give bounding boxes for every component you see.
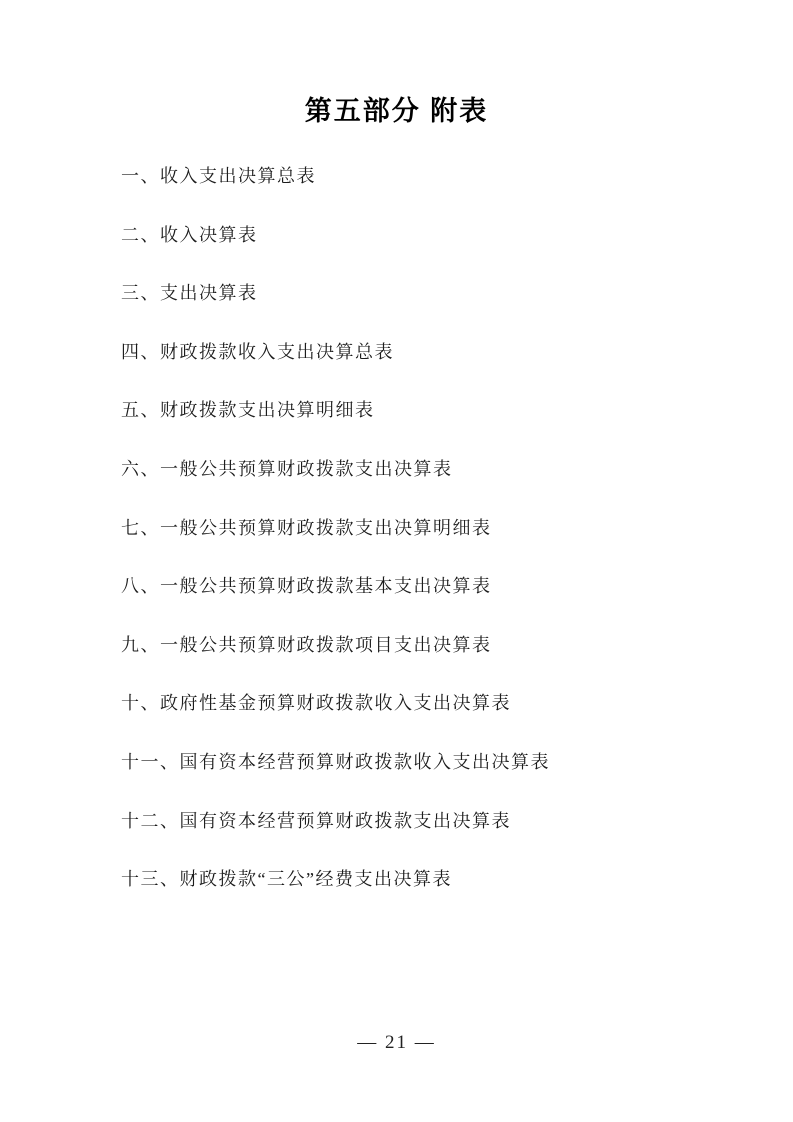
list-item-8: 八、一般公共预算财政拨款基本支出决算表 [121, 557, 753, 616]
page-number: — 21 — [0, 1032, 793, 1054]
list-item-10: 十、政府性基金预算财政拨款收入支出决算表 [121, 674, 753, 733]
list-item-5: 五、财政拨款支出决算明细表 [121, 381, 753, 440]
list-item-9: 九、一般公共预算财政拨款项目支出决算表 [121, 616, 753, 675]
list-item-6: 六、一般公共预算财政拨款支出决算表 [121, 440, 753, 499]
appendix-table-list: 一、收入支出决算总表 二、收入决算表 三、支出决算表 四、财政拨款收入支出决算总… [121, 147, 753, 909]
list-item-4: 四、财政拨款收入支出决算总表 [121, 323, 753, 382]
list-item-12: 十二、国有资本经营预算财政拨款支出决算表 [121, 792, 753, 851]
list-item-7: 七、一般公共预算财政拨款支出决算明细表 [121, 499, 753, 558]
list-item-13: 十三、财政拨款“三公”经费支出决算表 [121, 850, 753, 909]
page-title: 第五部分 附表 [0, 97, 793, 127]
list-item-2: 二、收入决算表 [121, 206, 753, 265]
list-item-1: 一、收入支出决算总表 [121, 147, 753, 206]
list-item-3: 三、支出决算表 [121, 264, 753, 323]
document-page: 第五部分 附表 一、收入支出决算总表 二、收入决算表 三、支出决算表 四、财政拨… [0, 0, 793, 1122]
list-item-11: 十一、国有资本经营预算财政拨款收入支出决算表 [121, 733, 753, 792]
